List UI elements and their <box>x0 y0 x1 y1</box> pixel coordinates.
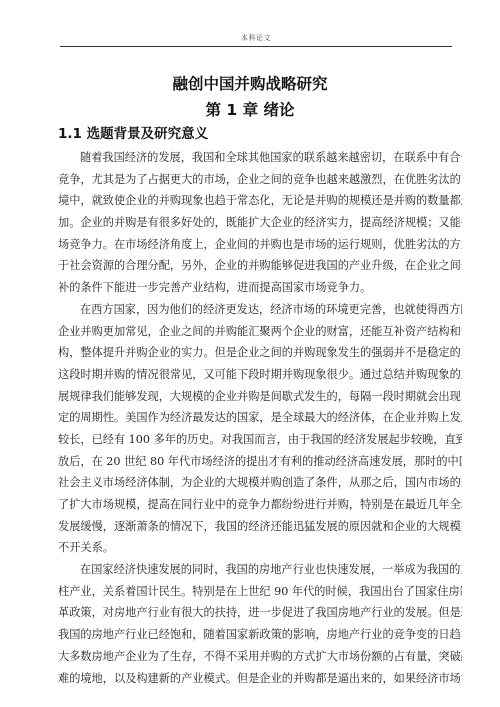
header-rule <box>60 46 452 47</box>
paragraph-2-line: 不开关系。 <box>58 537 462 559</box>
paragraph-2-line: 较长，已经有 100 多年的历史。对我国而言，由于我国的经济发展起步较晚，直到改… <box>58 429 462 451</box>
body-text: 随着我国经济的发展，我国和全球其他国家的联系越来越密切，在联系中有合作也有 竞争… <box>58 147 462 689</box>
paragraph-3-line: 柱产业，关系着国计民生。特别是在上世纪 90 年代的时候，我国出台了国家住房制度… <box>58 581 462 603</box>
paragraph-3-line: 革政策，对房地产行业有很大的扶持，进一步促进了我国房地产行业的发展。但是现如今 <box>58 602 462 624</box>
paragraph-2-line: 这段时期并购的情况很常见，又可能下段时期并购现象很少。通过总结并购现象的历史发 <box>58 364 462 386</box>
paragraph-2-line: 企业并购更加常见，企业之间的并购能汇聚两个企业的财富，还能互补资产结构和管理结 <box>58 321 462 343</box>
chapter-title: 第 1 章 绪论 <box>0 100 500 120</box>
paragraph-2-line: 展规律我们能够发现，大规模的企业并购是间歇式发生的，每隔一段时期就会出现，有一 <box>58 386 462 408</box>
paragraph-1-line: 境中，就致使企业的并购现象也趋于常态化，无论是并购的规模还是并购的数量都逐年增 <box>58 190 462 212</box>
paragraph-1-line: 竞争，尤其是为了占据更大的市场，企业之间的竞争也越来越激烈，在优胜劣汰的市场环 <box>58 169 462 191</box>
paragraph-2-line: 放后，在 20 世纪 80 年代市场经济的提出才有利的推动经济高速发展，那时的中… <box>58 451 462 473</box>
paragraph-1-line: 加。企业的并购是有很多好处的，既能扩大企业的经济实力，提高经济规模；又能提高市 <box>58 212 462 234</box>
paragraph-2-line: 了扩大市场规模，提高在同行业中的竞争力都纷纷进行并购，特别是在最近几年全球经济 <box>58 494 462 516</box>
paragraph-3-line: 大多数房地产企业为了生存，不得不采用并购的方式扩大市场份额的占有量，突破融资困 <box>58 646 462 668</box>
document-title: 融创中国并购战略研究 <box>0 74 500 94</box>
document-page: 本科论文 融创中国并购战略研究 第 1 章 绪论 1.1 选题背景及研究意义 随… <box>0 0 500 707</box>
paragraph-3-line: 我国的房地产行业已经饱和，随着国家新政策的影响，房地产行业的竞争变的日趋激烈， <box>58 624 462 646</box>
paragraph-1-line: 于社会资源的合理分配，另外，企业的并购能够促进我国的产业升级，在企业之间优势互 <box>58 255 462 277</box>
paragraph-2-line: 定的周期性。美国作为经济最发达的国家，是全球最大的经济体，在企业并购上发展时间 <box>58 407 462 429</box>
running-header: 本科论文 <box>60 34 452 43</box>
paragraph-2-line: 社会主义市场经济体制，为企业的大规模并购创造了条件，从那之后，国内市场的企业为 <box>58 472 462 494</box>
paragraph-1-line: 场竞争力。在市场经济角度上，企业间的并购也是市场的运行规则，优胜劣汰的方式有利 <box>58 234 462 256</box>
paragraph-2-line: 发展缓慢，逐渐萧条的情况下，我国的经济还能迅猛发展的原因就和企业的大规模并购脱 <box>58 516 462 538</box>
paragraph-1-line: 随着我国经济的发展，我国和全球其他国家的联系越来越密切，在联系中有合作也有 <box>58 147 462 169</box>
paragraph-3-line: 难的境地，以及构建新的产业模式。但是企业的并购都是逼出来的，如果经济市场没有较 <box>58 668 462 690</box>
paragraph-2-line: 构，整体提升并购企业的实力。但是企业之间的并购现象发生的强弱并不是稳定的，可能 <box>58 342 462 364</box>
paragraph-2-line: 在西方国家，因为他们的经济更发达，经济市场的环境更完善，也就使得西方国家的 <box>58 299 462 321</box>
section-heading: 1.1 选题背景及研究意义 <box>58 125 208 143</box>
paragraph-3-line: 在国家经济快速发展的同时，我国的房地产行业也快速发展，一举成为我国的重要支 <box>58 559 462 581</box>
paragraph-1-line: 补的条件下能进一步完善产业结构，进而提高国家市场竞争力。 <box>58 277 462 299</box>
